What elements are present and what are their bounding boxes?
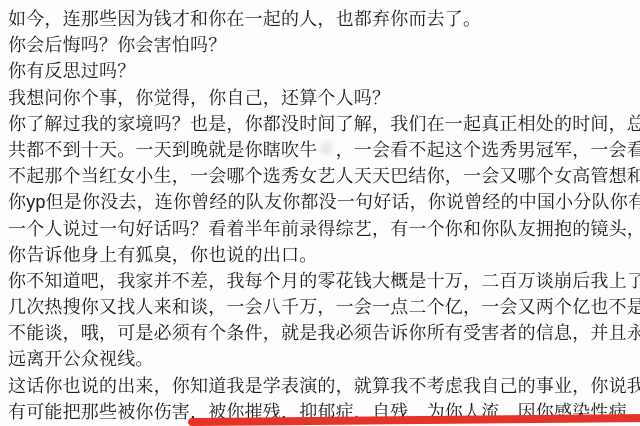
- text-content: 如今，连那些因为钱才和你在一起的人，也都弃你而去了。 你会后悔吗？你会害怕吗？ …: [8, 6, 638, 425]
- text-line: 你不知道吧，我家并不差，我每个月的零花钱大概是十万，二百万谈崩后我上了: [8, 268, 638, 294]
- censored-text: 逼: [319, 138, 334, 159]
- text-line: 你会后悔吗？你会害怕吗？: [8, 32, 638, 58]
- text-line: 远离开公众视线。: [8, 346, 638, 372]
- text-segment: 共都不到十天。一天到晚就是你瞎吹牛: [8, 140, 317, 160]
- text-line: 几次热搜你又找人来和谈，一会八千万，一会一点二个亿，一会又两个亿也不是: [8, 294, 638, 320]
- text-line: 你了解过我的家境吗？也是，你都没时间了解，我们在一起真正相处的时间，总: [8, 111, 638, 137]
- text-line: 这话你也说的出来，你知道我是学表演的，就算我不考虑我自己的事业，你说我: [8, 373, 638, 399]
- text-line: 不起那个当红女小生，一会哪个选秀女艺人天天巴结你，一会又哪个女高管想和: [8, 163, 638, 189]
- text-line: 共都不到十天。一天到晚就是你瞎吹牛逼，一会看不起这个选秀男冠军，一会看: [8, 137, 638, 163]
- text-line: 你告诉他身上有狐臭，你也说的出口。: [8, 242, 638, 268]
- text-line: 一个人说过一句好话吗？看着半年前录得综艺，有一个你和你队友拥抱的镜头，: [8, 216, 638, 242]
- text-line: 你yp但是你没去，连你曾经的队友你都没一句好话，你说曾经的中国小分队你有: [8, 189, 638, 215]
- text-segment: ，一会看不起这个选秀男冠军，一会看: [336, 140, 640, 160]
- text-line: 如今，连那些因为钱才和你在一起的人，也都弃你而去了。: [8, 6, 638, 32]
- text-line: 不能谈，哦，可是必须有个条件，就是我必须告诉你所有受害者的信息，并且永: [8, 320, 638, 346]
- text-line: 我想问你个事，你觉得，你自己，还算个人吗？: [8, 85, 638, 111]
- screenshot-root: 如今，连那些因为钱才和你在一起的人，也都弃你而去了。 你会后悔吗？你会害怕吗？ …: [0, 0, 640, 426]
- text-line: 你有反思过吗？: [8, 58, 638, 84]
